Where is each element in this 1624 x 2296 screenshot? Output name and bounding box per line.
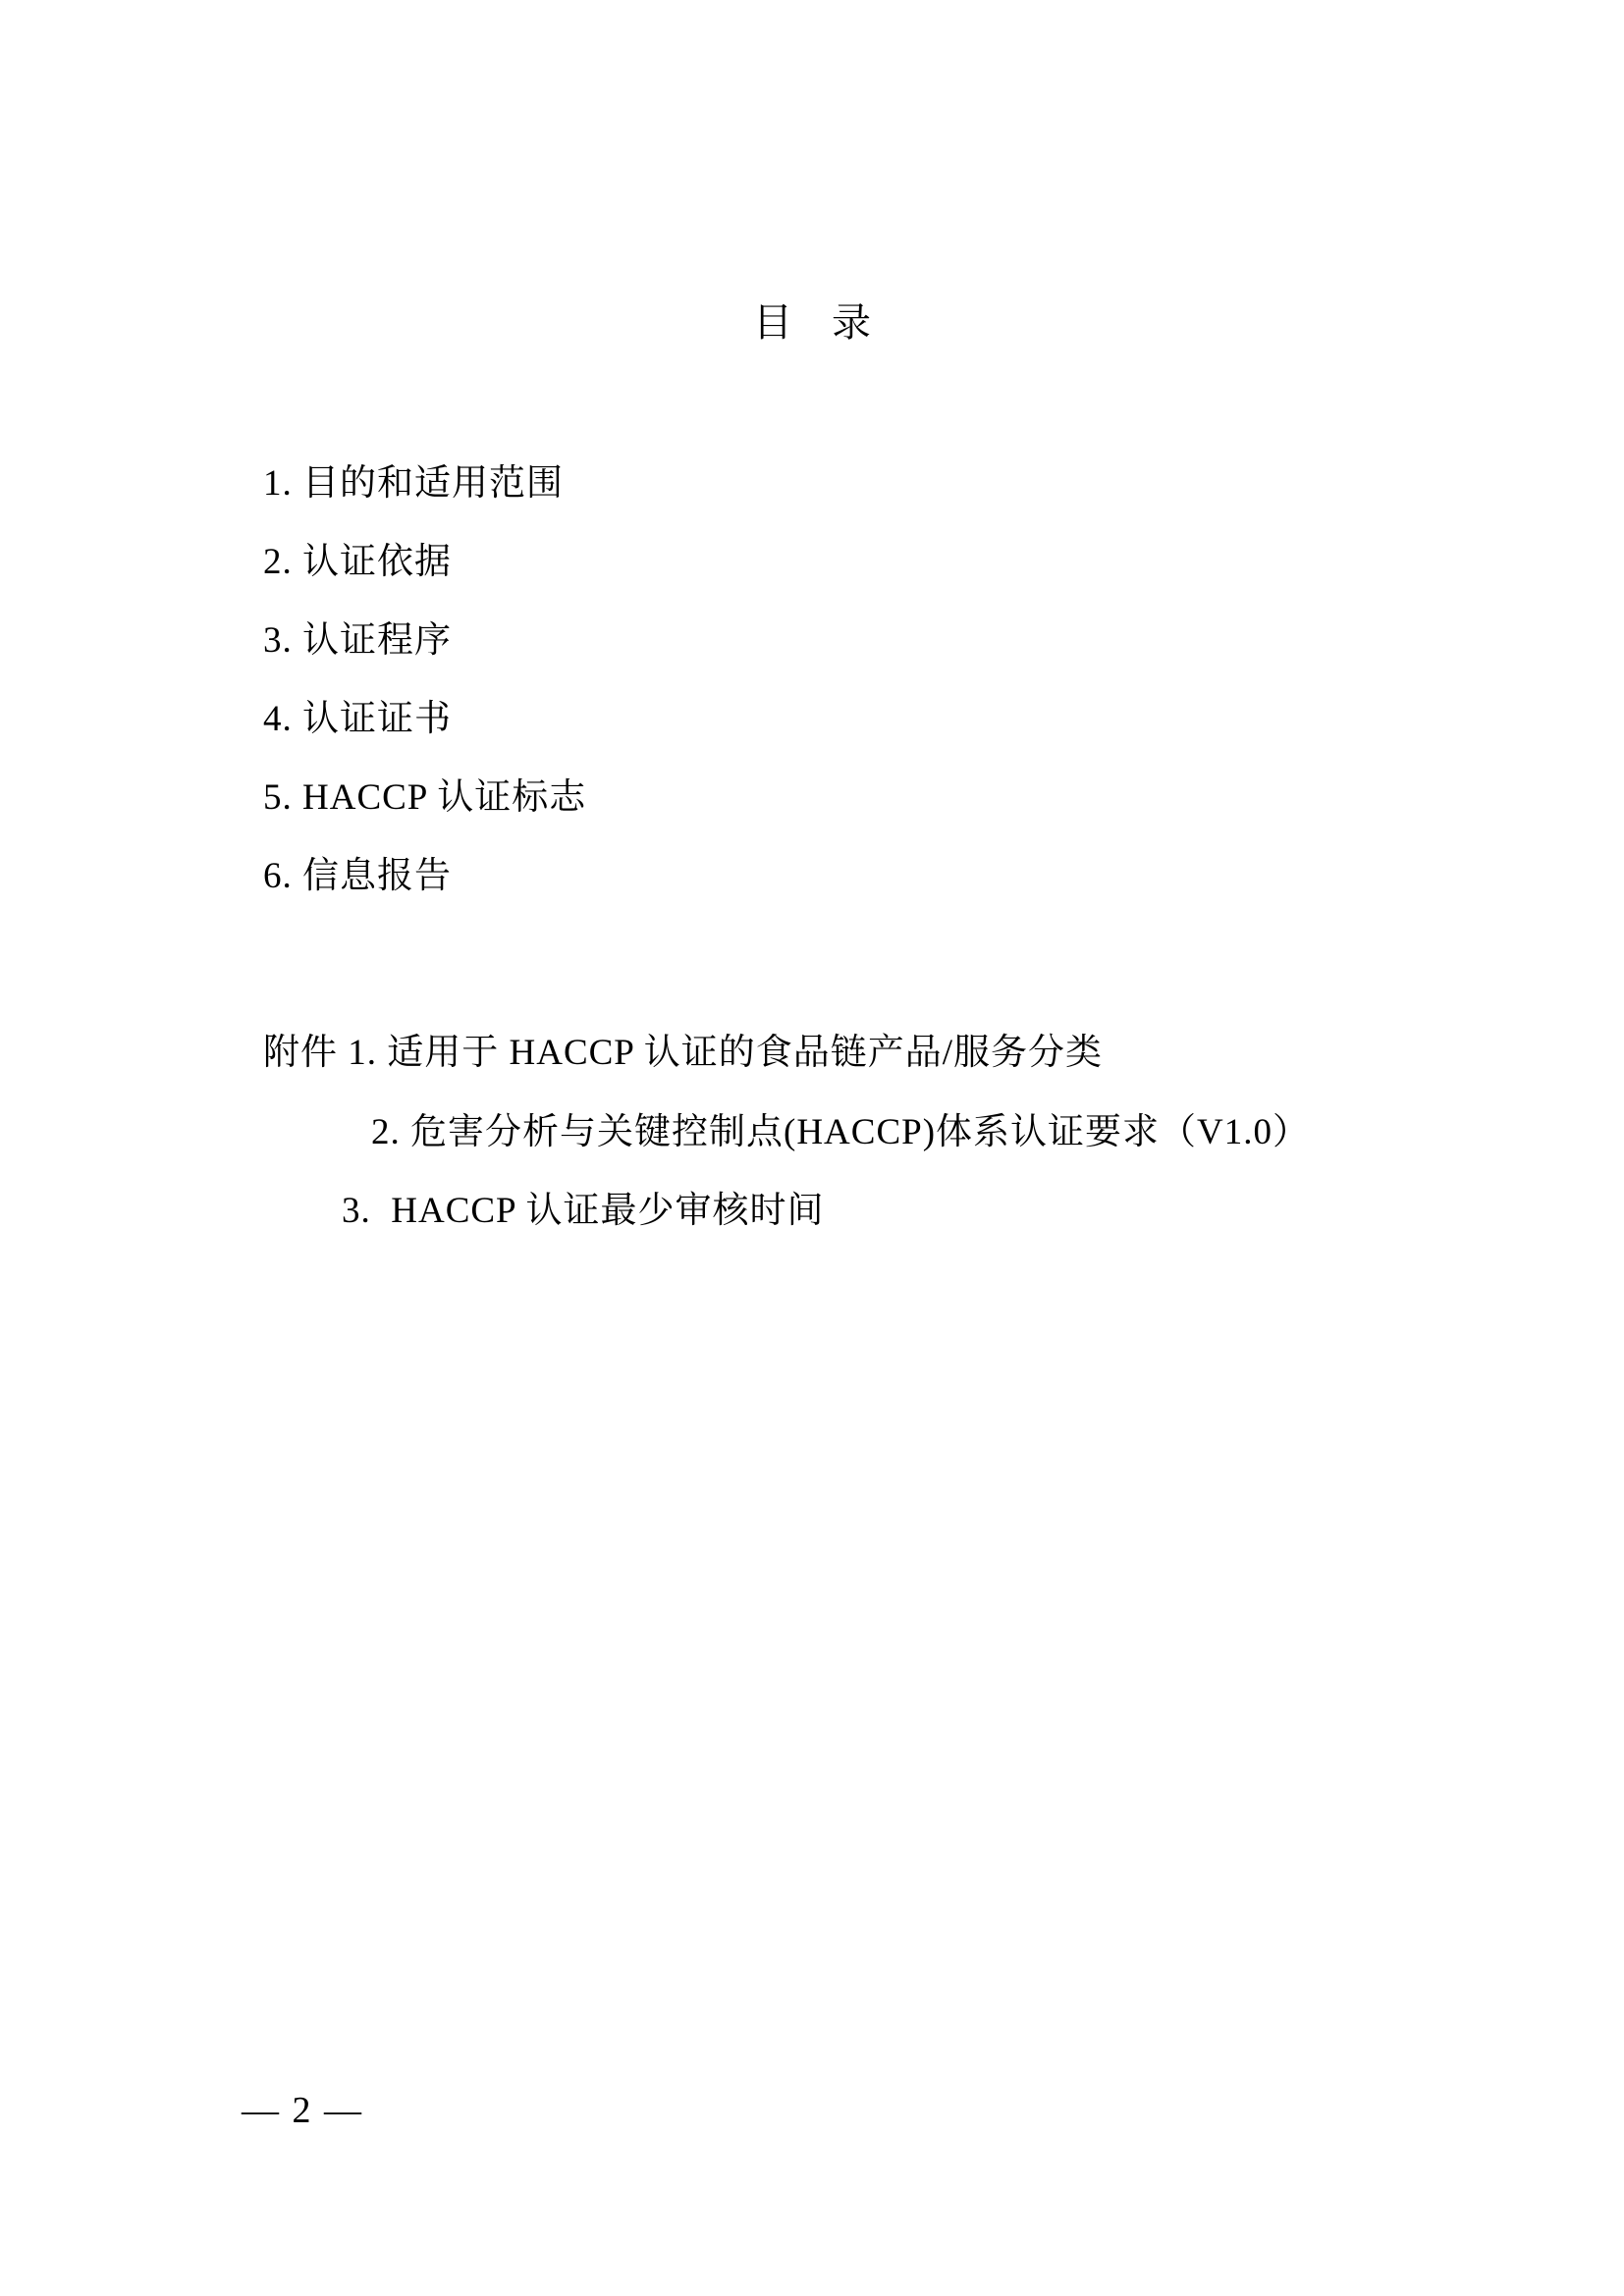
- attachment-item-1: 附件 1. 适用于 HACCP 认证的食品链产品/服务分类: [263, 1032, 1103, 1075]
- toc-item-5: 5. HACCP 认证标志: [263, 776, 586, 820]
- attachment-item-2: 2. 危害分析与关键控制点(HACCP)体系认证要求（V1.0）: [371, 1111, 1310, 1154]
- toc-item-2: 2. 认证依据: [263, 541, 452, 584]
- toc-item-3: 3. 认证程序: [263, 619, 452, 663]
- toc-item-6: 6. 信息报告: [263, 855, 452, 898]
- attachment-item-3: 3. HACCP 认证最少审核时间: [342, 1190, 825, 1233]
- page-title: 目 录: [0, 300, 1624, 346]
- toc-item-1: 1. 目的和适用范围: [263, 462, 564, 506]
- document-page: 目 录 1. 目的和适用范围 2. 认证依据 3. 认证程序 4. 认证证书 5…: [0, 0, 1624, 2296]
- page-number: — 2 —: [242, 2089, 363, 2132]
- toc-item-4: 4. 认证证书: [263, 698, 452, 741]
